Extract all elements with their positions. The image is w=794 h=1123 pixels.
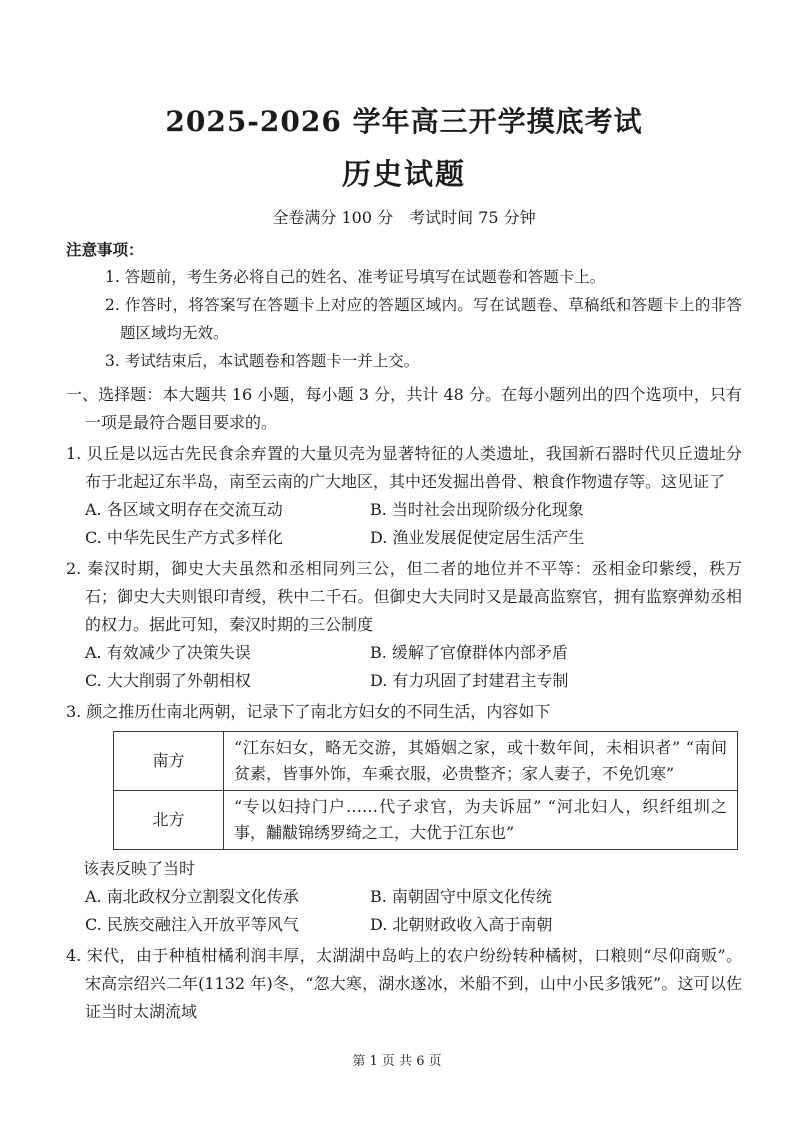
question-2-option-c: C. 大大削弱了外朝相权: [85, 667, 370, 695]
table-row-north-label: 北方: [114, 790, 224, 849]
notice-section: 注意事项： 1. 答题前，考生务必将自己的姓名、准考证号填写在试题卷和答题卡上。…: [66, 237, 742, 375]
notice-heading: 注意事项：: [66, 237, 742, 263]
table-row-north: 北方 “专以妇持门户……代子求官，为夫诉屈” “河北妇人，织纤组圳之事，黼黻锦绣…: [114, 790, 738, 849]
question-4-stem: 4. 宋代，由于种植柑橘利润丰厚，太湖湖中岛屿上的农户纷纷转种橘树，口粮则“尽仰…: [66, 942, 742, 1026]
page-number: 第 1 页 共 6 页: [0, 1050, 794, 1069]
exam-title: 2025-2026 学年高三开学摸底考试: [66, 104, 742, 139]
table-row-south-label: 南方: [114, 731, 224, 790]
exam-info-line: 全卷满分 100 分 考试时间 75 分钟: [66, 205, 742, 228]
notice-list: 1. 答题前，考生务必将自己的姓名、准考证号填写在试题卷和答题卡上。 2. 作答…: [66, 263, 742, 375]
question-2-option-a: A. 有效减少了决策失误: [85, 639, 370, 667]
question-3-option-b: B. 南朝固守中原文化传统: [370, 883, 742, 911]
question-2-options: A. 有效减少了决策失误 B. 缓解了官僚群体内部矛盾 C. 大大削弱了外朝相权…: [85, 639, 742, 695]
question-3: 3. 颜之推历仕南北两朝，记录下了南北方妇女的不同生活，内容如下 南方 “江东妇…: [66, 698, 742, 939]
question-3-option-a: A. 南北政权分立割裂文化传承: [85, 883, 370, 911]
exam-page: 2025-2026 学年高三开学摸底考试 历史试题 全卷满分 100 分 考试时…: [0, 0, 794, 1123]
question-3-stem: 3. 颜之推历仕南北两朝，记录下了南北方妇女的不同生活，内容如下: [66, 698, 742, 726]
page-content: 2025-2026 学年高三开学摸底考试 历史试题 全卷满分 100 分 考试时…: [0, 0, 794, 1026]
table-row-south: 南方 “江东妇女，略无交游，其婚姻之家，或十数年间，未相识者” “南间贫素，皆事…: [114, 731, 738, 790]
table-row-north-text: “专以妇持门户……代子求官，为夫诉屈” “河北妇人，织纤组圳之事，黼黻锦绣罗绮之…: [224, 790, 738, 849]
question-1-option-d: D. 渔业发展促使定居生活产生: [370, 524, 742, 552]
question-1-stem: 1. 贝丘是以远古先民食余弃置的大量贝壳为显著特征的人类遗址，我国新石器时代贝丘…: [66, 440, 742, 496]
question-1-option-c: C. 中华先民生产方式多样化: [85, 524, 370, 552]
question-3-option-c: C. 民族交融注入开放平等风气: [85, 911, 370, 939]
question-3-table: 南方 “江东妇女，略无交游，其婚姻之家，或十数年间，未相识者” “南间贫素，皆事…: [113, 731, 738, 850]
notice-item-2: 2. 作答时，将答案写在答题卡上对应的答题区域内。写在试题卷、草稿纸和答题卡上的…: [105, 291, 742, 347]
question-2-option-d: D. 有力巩固了封建君主专制: [370, 667, 742, 695]
question-2: 2. 秦汉时期，御史大夫虽然和丞相同列三公，但二者的地位并不平等：丞相金印紫绶，…: [66, 555, 742, 695]
question-2-stem: 2. 秦汉时期，御史大夫虽然和丞相同列三公，但二者的地位并不平等：丞相金印紫绶，…: [66, 555, 742, 639]
subject-title: 历史试题: [66, 157, 742, 192]
question-3-prompt: 该表反映了当时: [83, 855, 742, 883]
question-4: 4. 宋代，由于种植柑橘利润丰厚，太湖湖中岛屿上的农户纷纷转种橘树，口粮则“尽仰…: [66, 942, 742, 1026]
section-1-heading: 一、选择题：本大题共 16 小题，每小题 3 分，共计 48 分。在每小题列出的…: [66, 381, 742, 437]
question-3-option-d: D. 北朝财政收入高于南朝: [370, 911, 742, 939]
question-1: 1. 贝丘是以远古先民食余弃置的大量贝壳为显著特征的人类遗址，我国新石器时代贝丘…: [66, 440, 742, 552]
question-1-option-a: A. 各区域文明存在交流互动: [85, 496, 370, 524]
question-3-options: A. 南北政权分立割裂文化传承 B. 南朝固守中原文化传统 C. 民族交融注入开…: [85, 883, 742, 939]
notice-item-3: 3. 考试结束后，本试题卷和答题卡一并上交。: [105, 347, 742, 375]
notice-item-1: 1. 答题前，考生务必将自己的姓名、准考证号填写在试题卷和答题卡上。: [105, 263, 742, 291]
table-row-south-text: “江东妇女，略无交游，其婚姻之家，或十数年间，未相识者” “南间贫素，皆事外饰，…: [224, 731, 738, 790]
question-1-option-b: B. 当时社会出现阶级分化现象: [370, 496, 742, 524]
question-1-options: A. 各区域文明存在交流互动 B. 当时社会出现阶级分化现象 C. 中华先民生产…: [85, 496, 742, 552]
question-2-option-b: B. 缓解了官僚群体内部矛盾: [370, 639, 742, 667]
